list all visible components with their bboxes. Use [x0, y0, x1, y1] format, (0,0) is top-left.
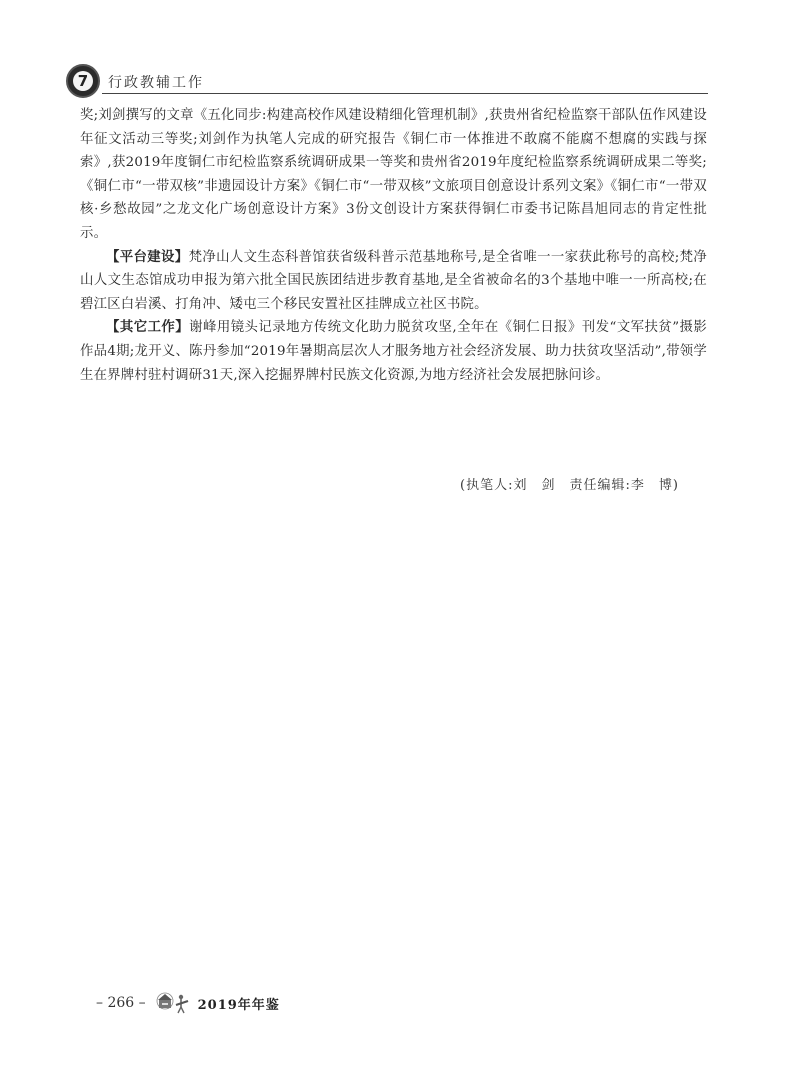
section-tag: 【平台建设】 [106, 250, 189, 265]
paragraph-continued: 奖;刘剑撰写的文章《五化同步:构建高校作风建设精细化管理机制》,获贵州省纪检监察… [80, 104, 707, 246]
yearbook-label: 2019年年鉴 [198, 994, 280, 1013]
section-tag: 【其它工作】 [106, 320, 189, 335]
section-title: 行政教辅工作 [108, 72, 204, 92]
yearbook-emblem-icon [154, 992, 192, 1014]
paragraph-other-work: 【其它工作】谢峰用镜头记录地方传统文化助力脱贫攻坚,全年在《铜仁日报》刊发“文军… [80, 316, 707, 387]
page-header: 7 行政教辅工作 [66, 64, 710, 94]
paragraph-text: 奖;刘剑撰写的文章《五化同步:构建高校作风建设精细化管理机制》,获贵州省纪检监察… [80, 108, 707, 241]
body-content: 奖;刘剑撰写的文章《五化同步:构建高校作风建设精细化管理机制》,获贵州省纪检监察… [80, 104, 707, 387]
university-logo-icon: 7 [66, 64, 100, 98]
logo-text: 7 [73, 71, 93, 91]
header-divider [102, 93, 708, 94]
page-footer: – 266 – 2019年年鉴 [96, 992, 280, 1014]
author-byline: (执笔人:刘 剑 责任编辑:李 博) [460, 474, 679, 493]
paragraph-platform-building: 【平台建设】梵净山人文生态科普馆获省级科普示范基地称号,是全省唯一一家获此称号的… [80, 246, 707, 317]
page-number: – 266 – [96, 995, 146, 1011]
